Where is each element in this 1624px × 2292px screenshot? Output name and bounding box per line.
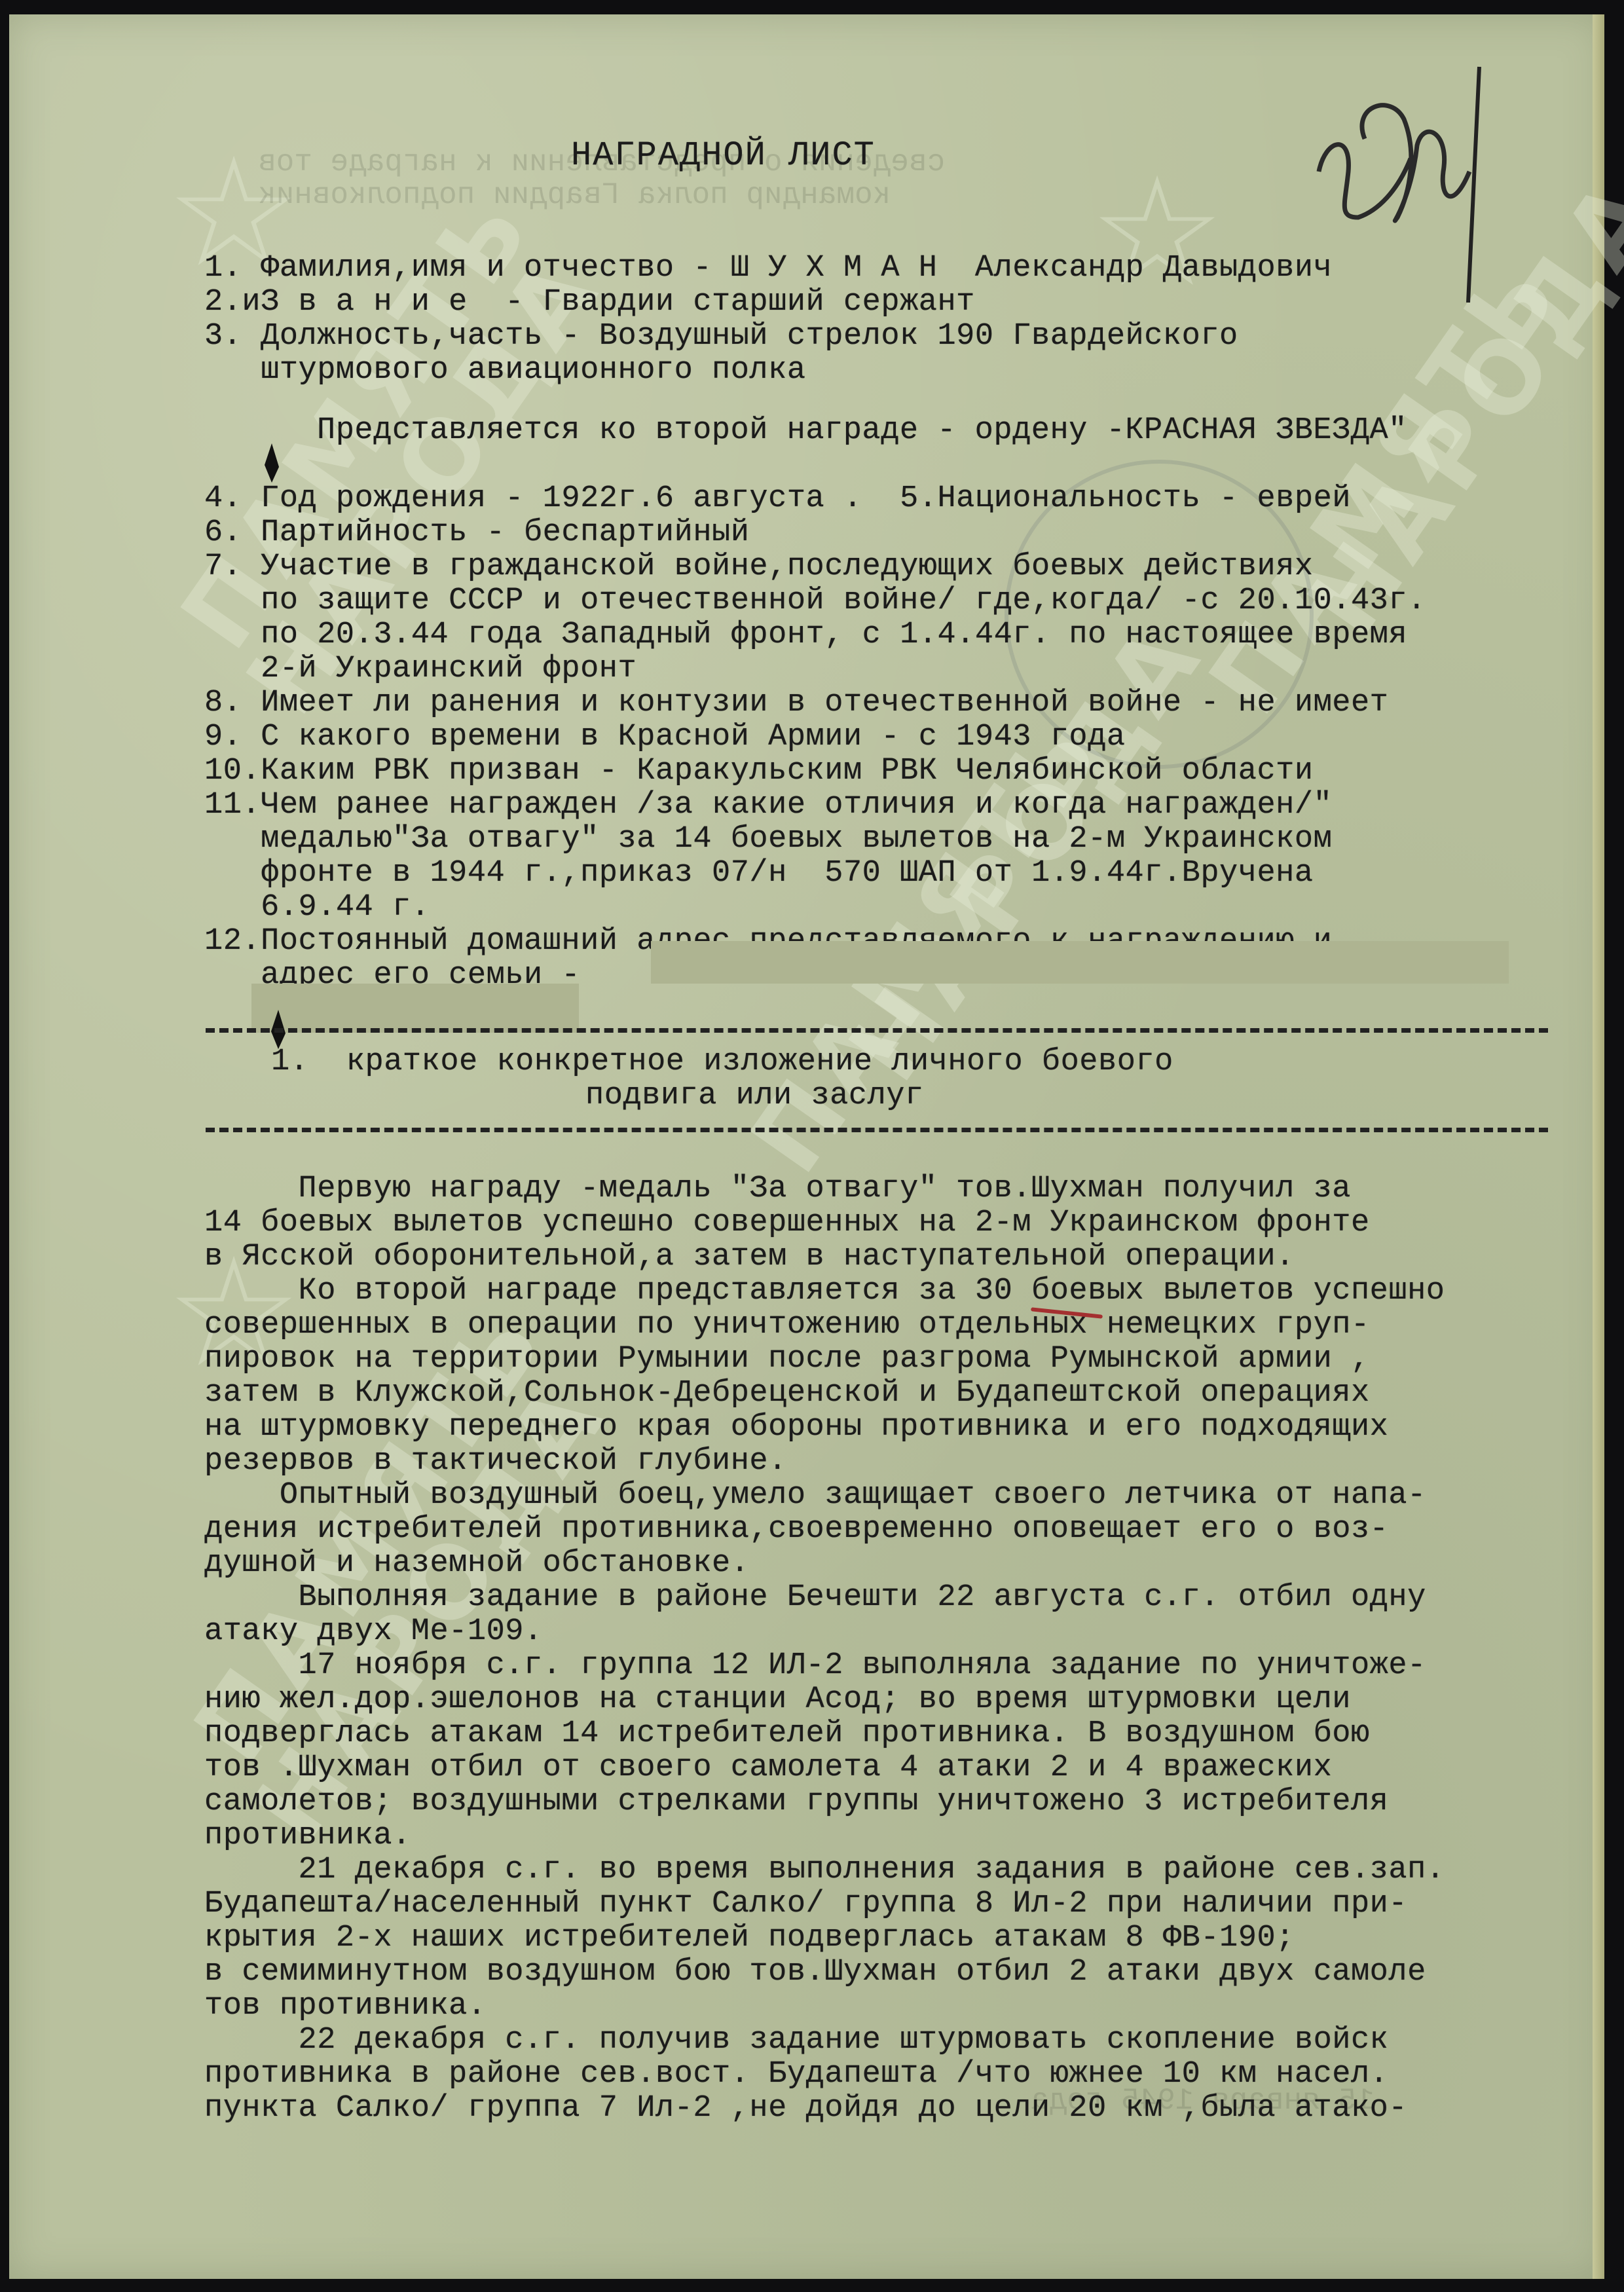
section-heading: 1. краткое конкретное изложение личного … <box>271 1044 1173 1081</box>
field-army-since: 9. С какого времени в Красной Армии - с … <box>204 719 1126 756</box>
field-full-name: 1. Фамилия,имя и отчество - Ш У Х М А Н … <box>204 250 1332 287</box>
field-party: 6. Партийность - беспартийный <box>204 515 749 551</box>
narrative-line: Ко второй награде представляется за 30 б… <box>204 1273 1445 1310</box>
narrative-line: дения истребителей противника,своевремен… <box>204 1511 1388 1548</box>
narrative-line: пировок на территории Румынии после разг… <box>204 1341 1370 1378</box>
narrative-line: душной и наземной обстановке. <box>204 1545 749 1582</box>
field-position-cont: штурмового авиационного полка <box>204 352 806 389</box>
star-watermark-icon: ☆ <box>1090 145 1225 320</box>
field-combat-participation-cont: по 20.3.44 года Западный фронт, с 1.4.44… <box>204 617 1407 654</box>
field-previous-awards: 11.Чем ранее награжден /за какие отличия… <box>204 787 1332 824</box>
nomination-line: Представляется ко второй награде - орден… <box>317 413 1407 449</box>
narrative-line: тов .Шухман отбил от своего самолета 4 а… <box>204 1750 1332 1786</box>
narrative-line: пункта Салко/ группа 7 Ил-2 ,не дойдя до… <box>204 2090 1407 2127</box>
field-previous-awards-cont: 6.9.44 г. <box>204 889 430 926</box>
narrative-line: 17 ноября с.г. группа 12 ИЛ-2 выполняла … <box>204 1648 1426 1684</box>
narrative-line: затем в Клужской,Сольнок-Дебреценской и … <box>204 1375 1370 1412</box>
narrative-line: тов противника. <box>204 1988 487 2025</box>
field-rank: 2.иЗ в а н и е - Гвардии старший сержант <box>204 284 975 321</box>
award-sheet: ☆ ПАМЯТЬ НАРОДА ☆ ПАМЯТЬ НАРОДА ☆ ПАМЯТЬ… <box>9 14 1604 2279</box>
narrative-line: крытия 2-х наших истребителей подверглас… <box>204 1920 1295 1957</box>
dashed-separator <box>206 1028 1548 1033</box>
punch-hole <box>265 443 279 483</box>
narrative-line: в Ясской оборонительной,а затем в наступ… <box>204 1239 1295 1276</box>
field-combat-participation-cont: 2-й Украинский фронт <box>204 651 637 688</box>
narrative-line: противника в районе сев.вост. Будапешта … <box>204 2056 1388 2093</box>
field-conscription-office: 10.Каким РВК призван - Каракульским РВК … <box>204 753 1314 790</box>
narrative-line: подверглась атакам 14 истребителей проти… <box>204 1716 1370 1752</box>
field-previous-awards-cont: фронте в 1944 г.,приказ 07/н 570 ШАП от … <box>204 855 1314 892</box>
narrative-line: нию жел.дор.эшелонов на станции Асод; во… <box>204 1682 1351 1718</box>
redacted-address <box>651 941 1509 984</box>
narrative-line: совершенных в операции по уничтожению от… <box>204 1307 1370 1344</box>
narrative-line: резервов в тактической глубине. <box>204 1443 787 1480</box>
field-position: 3. Должность,часть - Воздушный стрелок 1… <box>204 318 1238 355</box>
field-previous-awards-cont: медалью"За отвагу" за 14 боевых вылетов … <box>204 821 1332 858</box>
narrative-line: 14 боевых вылетов успешно совершенных на… <box>204 1205 1370 1242</box>
narrative-line: противника. <box>204 1818 411 1855</box>
paper-edge <box>1593 14 1604 2279</box>
bleed-through-text: командир полка Гвардии подполковник <box>258 178 891 212</box>
narrative-line: в семиминутном воздушном бою тов.Шухман … <box>204 1954 1426 1991</box>
document-title: НАГРАДНОЙ ЛИСТ <box>571 138 876 174</box>
section-heading-cont: подвига или заслуг <box>585 1078 924 1115</box>
redacted-address <box>251 984 579 1033</box>
handwritten-number-291 <box>1312 41 1483 303</box>
narrative-line: 21 декабря с.г. во время выполнения зада… <box>204 1852 1445 1889</box>
field-combat-participation-cont: по защите СССР и отечественной войне/ гд… <box>204 583 1426 619</box>
narrative-line: Опытный воздушный боец,умело защищает св… <box>204 1477 1426 1514</box>
narrative-line: Первую награду -медаль "За отвагу" тов.Ш… <box>204 1171 1351 1208</box>
narrative-line: Выполняя задание в районе Бечешти 22 авг… <box>204 1580 1426 1616</box>
field-combat-participation: 7. Участие в гражданской войне,последующ… <box>204 549 1314 585</box>
field-birth-nationality: 4. Год рождения - 1922г.6 августа . 5.На… <box>204 481 1351 517</box>
narrative-line: самолетов; воздушными стрелками группы у… <box>204 1784 1388 1821</box>
dashed-separator <box>206 1128 1548 1132</box>
narrative-line: Будапешта/населенный пункт Салко/ группа… <box>204 1886 1407 1923</box>
narrative-line: атаку двух Ме-109. <box>204 1614 543 1650</box>
field-wounds: 8. Имеет ли ранения и контузии в отечест… <box>204 685 1388 722</box>
narrative-line: 22 декабря с.г. получив задание штурмова… <box>204 2022 1388 2059</box>
narrative-line: на штурмовку переднего края обороны прот… <box>204 1409 1388 1446</box>
